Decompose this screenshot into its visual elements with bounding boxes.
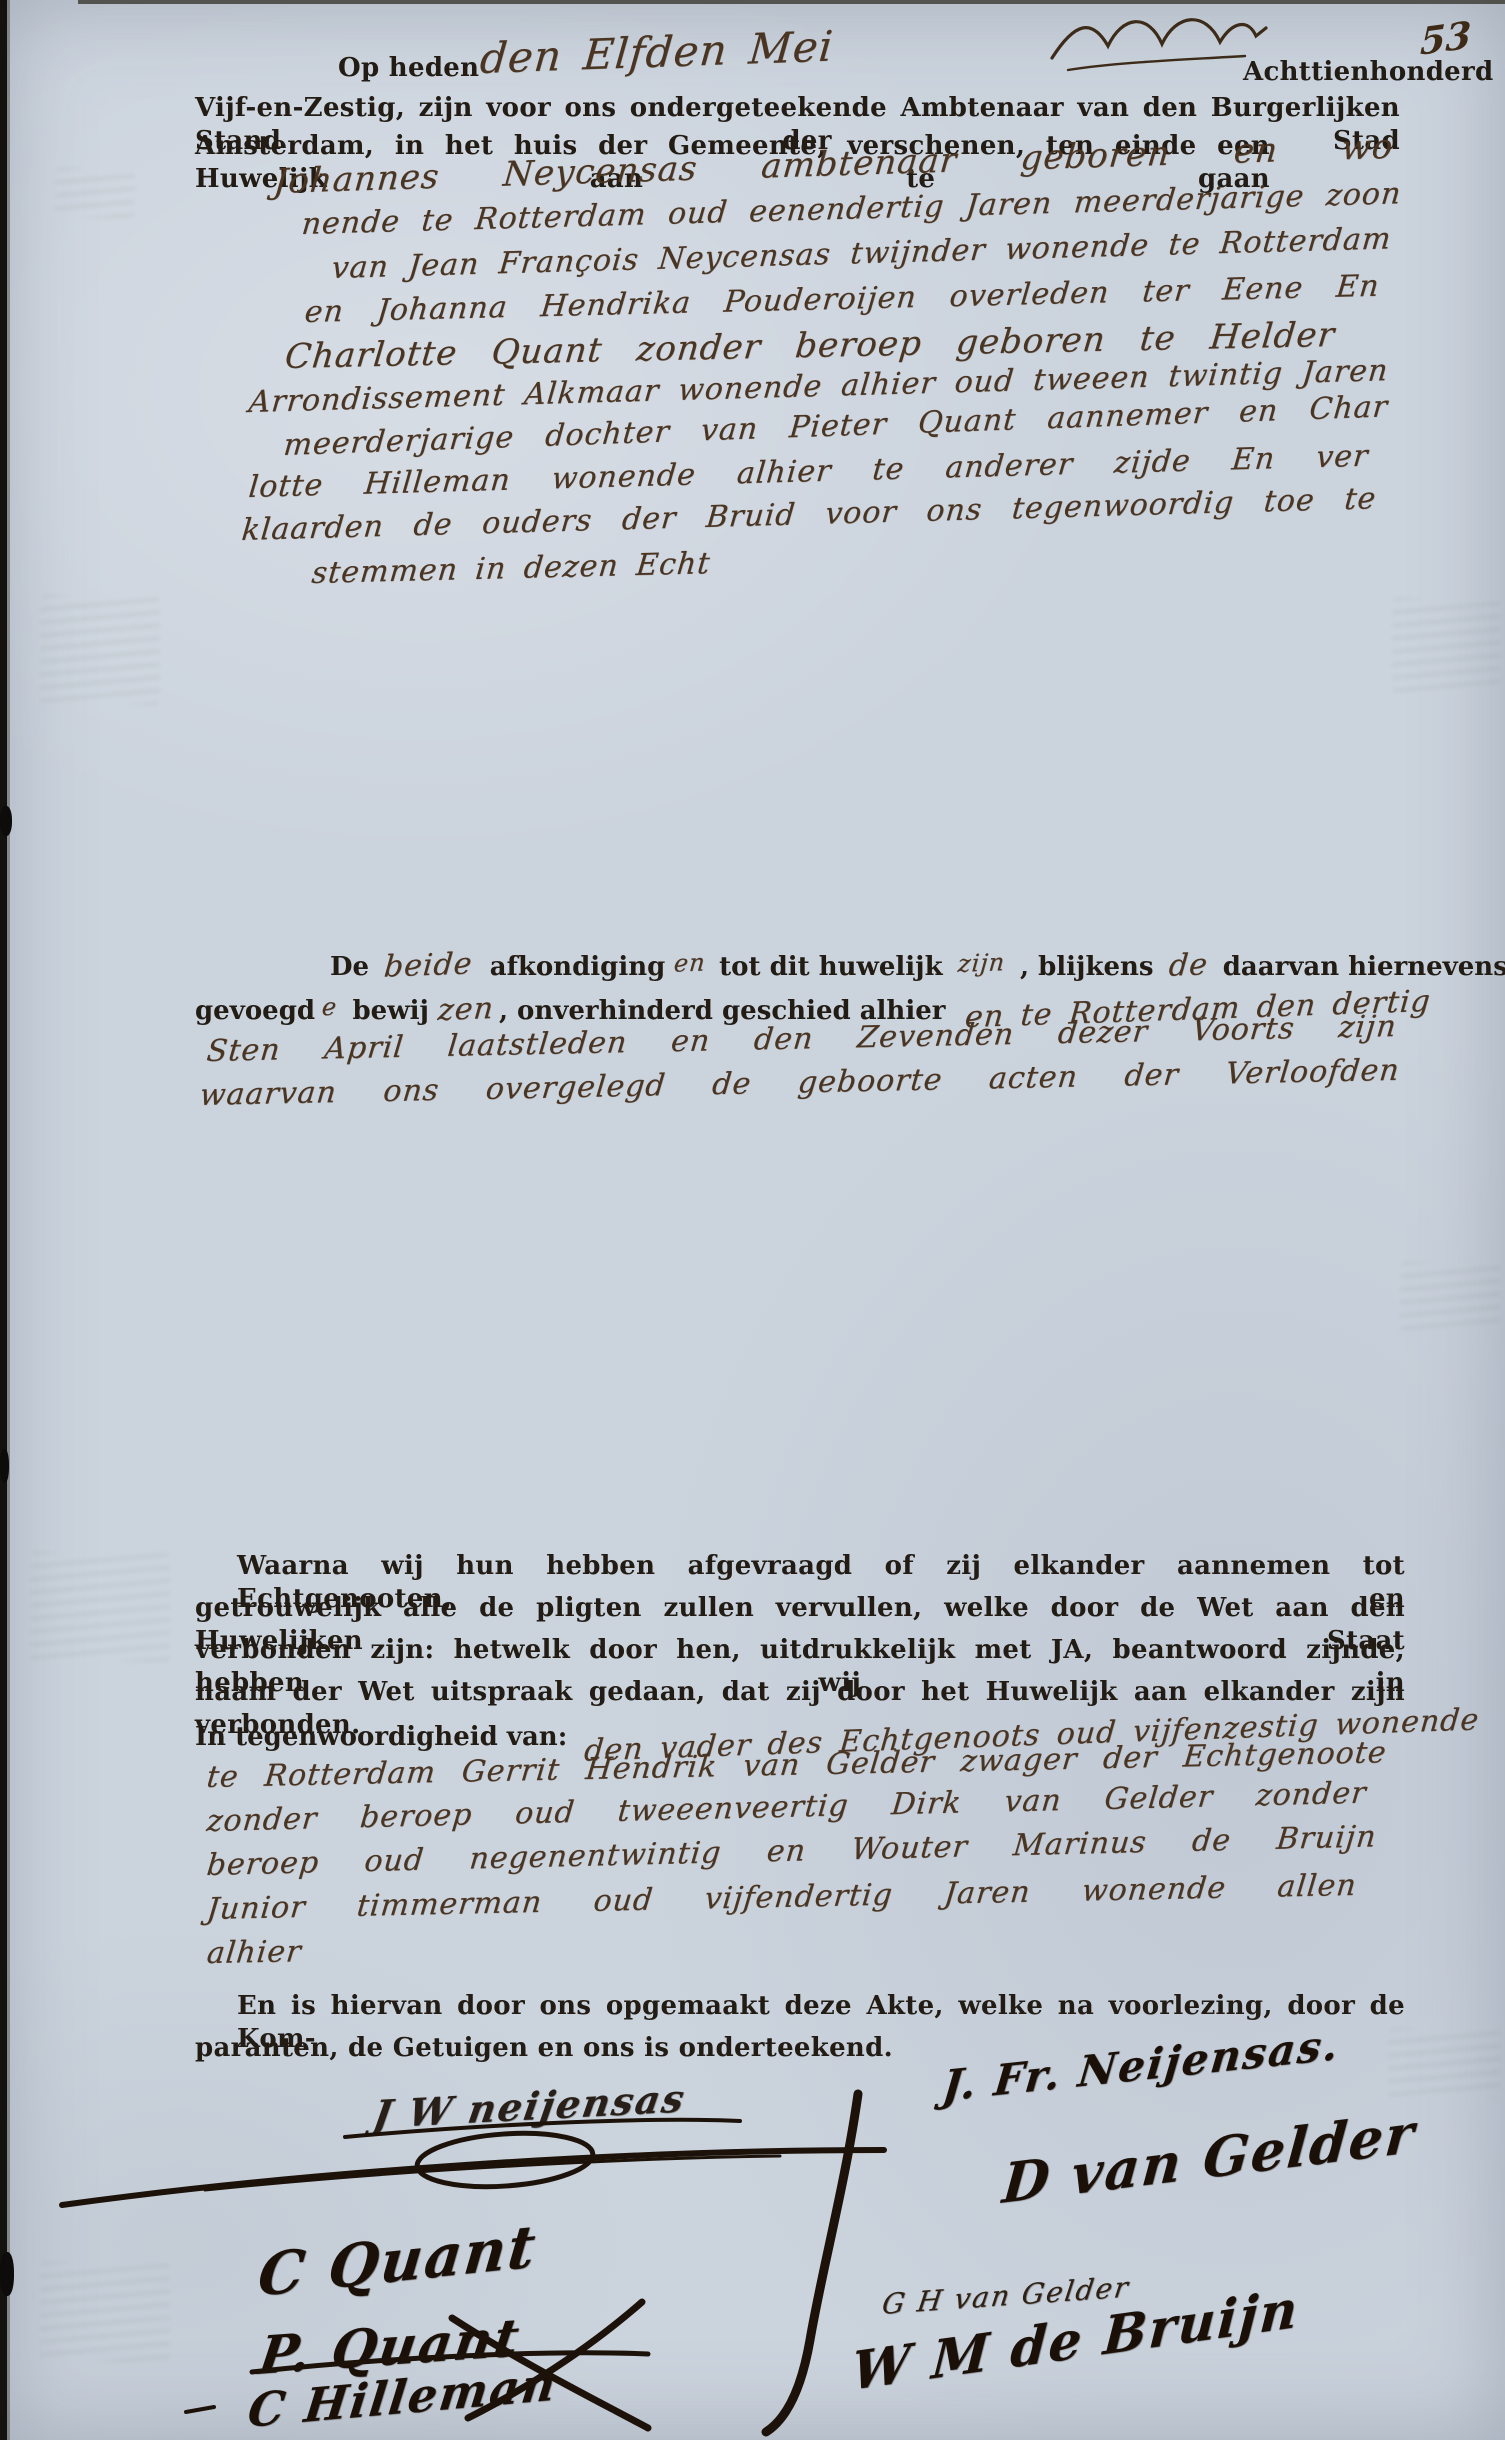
handwritten-line: stemmen in dezen Echt bbox=[310, 546, 712, 592]
handwritten-date: den Elfden Mei bbox=[478, 21, 835, 84]
printed-line: paranten, de Getuigen en ons is ondertee… bbox=[195, 2032, 893, 2065]
bleed-through-mark bbox=[1400, 1262, 1500, 1332]
printed-fragment: bewij bbox=[352, 996, 428, 1026]
printed-fragment: De bbox=[330, 952, 369, 982]
bleed-through-mark bbox=[55, 168, 135, 218]
signature-bride: C Quant bbox=[255, 2212, 540, 2310]
handwritten-insert: zijn bbox=[956, 948, 1006, 978]
bleed-through-mark bbox=[40, 2262, 170, 2362]
printed-fragment: tot dit huwelijk bbox=[719, 952, 942, 982]
handwritten-insert: de bbox=[1167, 947, 1209, 983]
handwritten-line: alhier bbox=[205, 1934, 303, 1972]
handwritten-insert: e bbox=[321, 993, 339, 1022]
printed-fragment: , blijkens bbox=[1020, 952, 1154, 982]
bleed-through-mark bbox=[40, 595, 160, 705]
printed-fragment: daarvan hiernevens bbox=[1223, 952, 1505, 982]
banns-line-1: De beide afkondiging en tot dit huwelijk… bbox=[330, 948, 1505, 983]
clerk-paraph-flourish bbox=[1052, 20, 1266, 70]
marriage-record-page: 53 Op heden den Elfden Mei Achttienhonde… bbox=[0, 0, 1505, 2440]
scan-edge-top bbox=[78, 0, 1505, 4]
binding-edge-highlight bbox=[7, 0, 10, 2440]
handwritten-insert: en bbox=[673, 948, 707, 977]
printed-presence-label: In tegenwoordigheid van: bbox=[195, 1722, 567, 1752]
binding-edge bbox=[0, 0, 7, 2440]
bleed-through-mark bbox=[1392, 598, 1500, 693]
printed-fragment: gevoegd bbox=[195, 996, 315, 1026]
handwritten-insert: beide bbox=[383, 946, 475, 984]
edge-ink-blob bbox=[0, 806, 12, 836]
printed-year-word: Achttienhonderd bbox=[1243, 56, 1494, 89]
signature-witness-van-gelder: D van Gelder bbox=[1000, 2100, 1418, 2216]
signature-struck-out: J W neijensas bbox=[370, 2075, 689, 2137]
edge-ink-blob bbox=[0, 1449, 9, 1483]
edge-ink-blob bbox=[0, 2252, 14, 2296]
printed-op-heden: Op heden bbox=[338, 52, 479, 85]
printed-fragment: afkondiging bbox=[490, 952, 666, 982]
bleed-through-mark bbox=[30, 1552, 170, 1662]
handwritten-insert: zen bbox=[436, 991, 495, 1028]
